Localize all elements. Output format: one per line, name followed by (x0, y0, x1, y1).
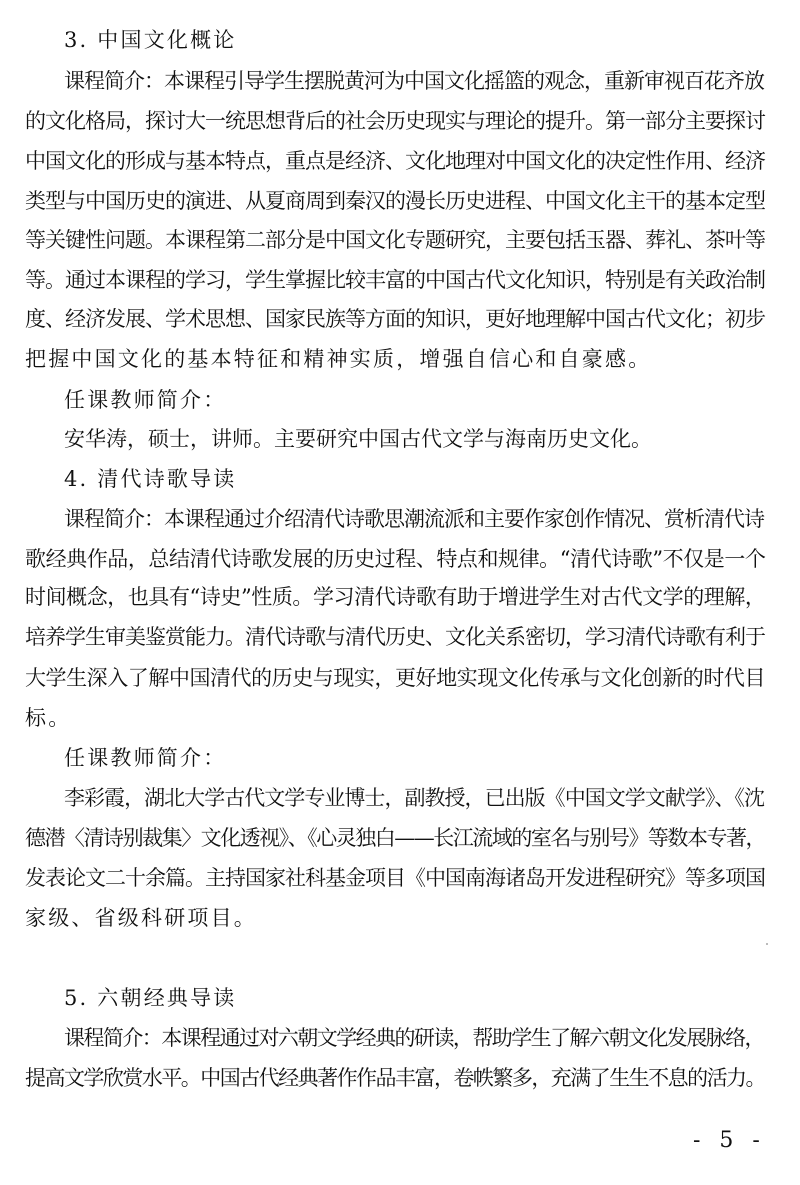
text-line: 课程简介：本课程引导学生摆脱黄河为中国文化摇篮的观念，重新审视百花齐放 (64, 69, 764, 93)
scan-speck (766, 943, 768, 945)
text-line: 德潜〈清诗别裁集〉文化透视》、《心灵独白——长江流域的室名与别号》等数本专著， (25, 826, 765, 850)
text-line: 任课教师简介： (64, 746, 764, 770)
text-line: 标。 (25, 706, 765, 730)
text-line: 课程简介：本课程通过对六朝文学经典的研读，帮助学生了解六朝文化发展脉络， (64, 1026, 764, 1050)
text-line: 时间概念，也具有“诗史”性质。学习清代诗歌有助于增进学生对古代文学的理解， (25, 585, 765, 609)
text-line: 培养学生审美鉴赏能力。清代诗歌与清代历史、文化关系密切，学习清代诗歌有利于 (25, 625, 765, 649)
text-line: 歌经典作品，总结清代诗歌发展的历史过程、特点和规律。“清代诗歌”不仅是一个 (25, 547, 765, 571)
text-line: 5. 六朝经典导读 (64, 986, 764, 1010)
text-line: 家级、省级科研项目。 (25, 906, 765, 930)
text-line: 发表论文二十余篇。主持国家社科基金项目《中国南海诸岛开发进程研究》等多项国 (25, 866, 765, 890)
text-line: 把握中国文化的基本特征和精神实质，增强自信心和自豪感。 (25, 347, 765, 371)
text-line: 度、经济发展、学术思想、国家民族等方面的知识，更好地理解中国古代文化；初步 (25, 307, 765, 331)
text-line: 等关键性问题。本课程第二部分是中国文化专题研究，主要包括玉器、葬礼、茶叶等 (25, 228, 765, 252)
page-number: - 5 - (693, 1128, 766, 1153)
text-line: 任课教师简介： (64, 388, 764, 412)
text-line: 3. 中国文化概论 (64, 28, 764, 52)
text-line: 李彩霞，湖北大学古代文学专业博士，副教授，已出版《中国文学文献学》、《沈 (64, 786, 764, 810)
text-line: 的文化格局，探讨大一统思想背后的社会历史现实与理论的提升。第一部分主要探讨 (25, 109, 765, 133)
text-line: 等。通过本课程的学习，学生掌握比较丰富的中国古代文化知识，特别是有关政治制 (25, 268, 765, 292)
text-line: 类型与中国历史的演进、从夏商周到秦汉的漫长历史进程、中国文化主干的基本定型 (25, 189, 765, 213)
text-line: 安华涛，硕士，讲师。主要研究中国古代文学与海南历史文化。 (64, 427, 764, 451)
text-line: 大学生深入了解中国清代的历史与现实，更好地实现文化传承与文化创新的时代目 (25, 666, 765, 690)
text-line: 课程简介：本课程通过介绍清代诗歌思潮流派和主要作家创作情况、赏析清代诗 (64, 507, 764, 531)
text-line: 中国文化的形成与基本特点，重点是经济、文化地理对中国文化的决定性作用、经济 (25, 149, 765, 173)
text-line: 4. 清代诗歌导读 (64, 467, 764, 491)
text-line: 提高文学欣赏水平。中国古代经典著作作品丰富，卷帙繁多，充满了生生不息的活力。 (25, 1066, 765, 1090)
